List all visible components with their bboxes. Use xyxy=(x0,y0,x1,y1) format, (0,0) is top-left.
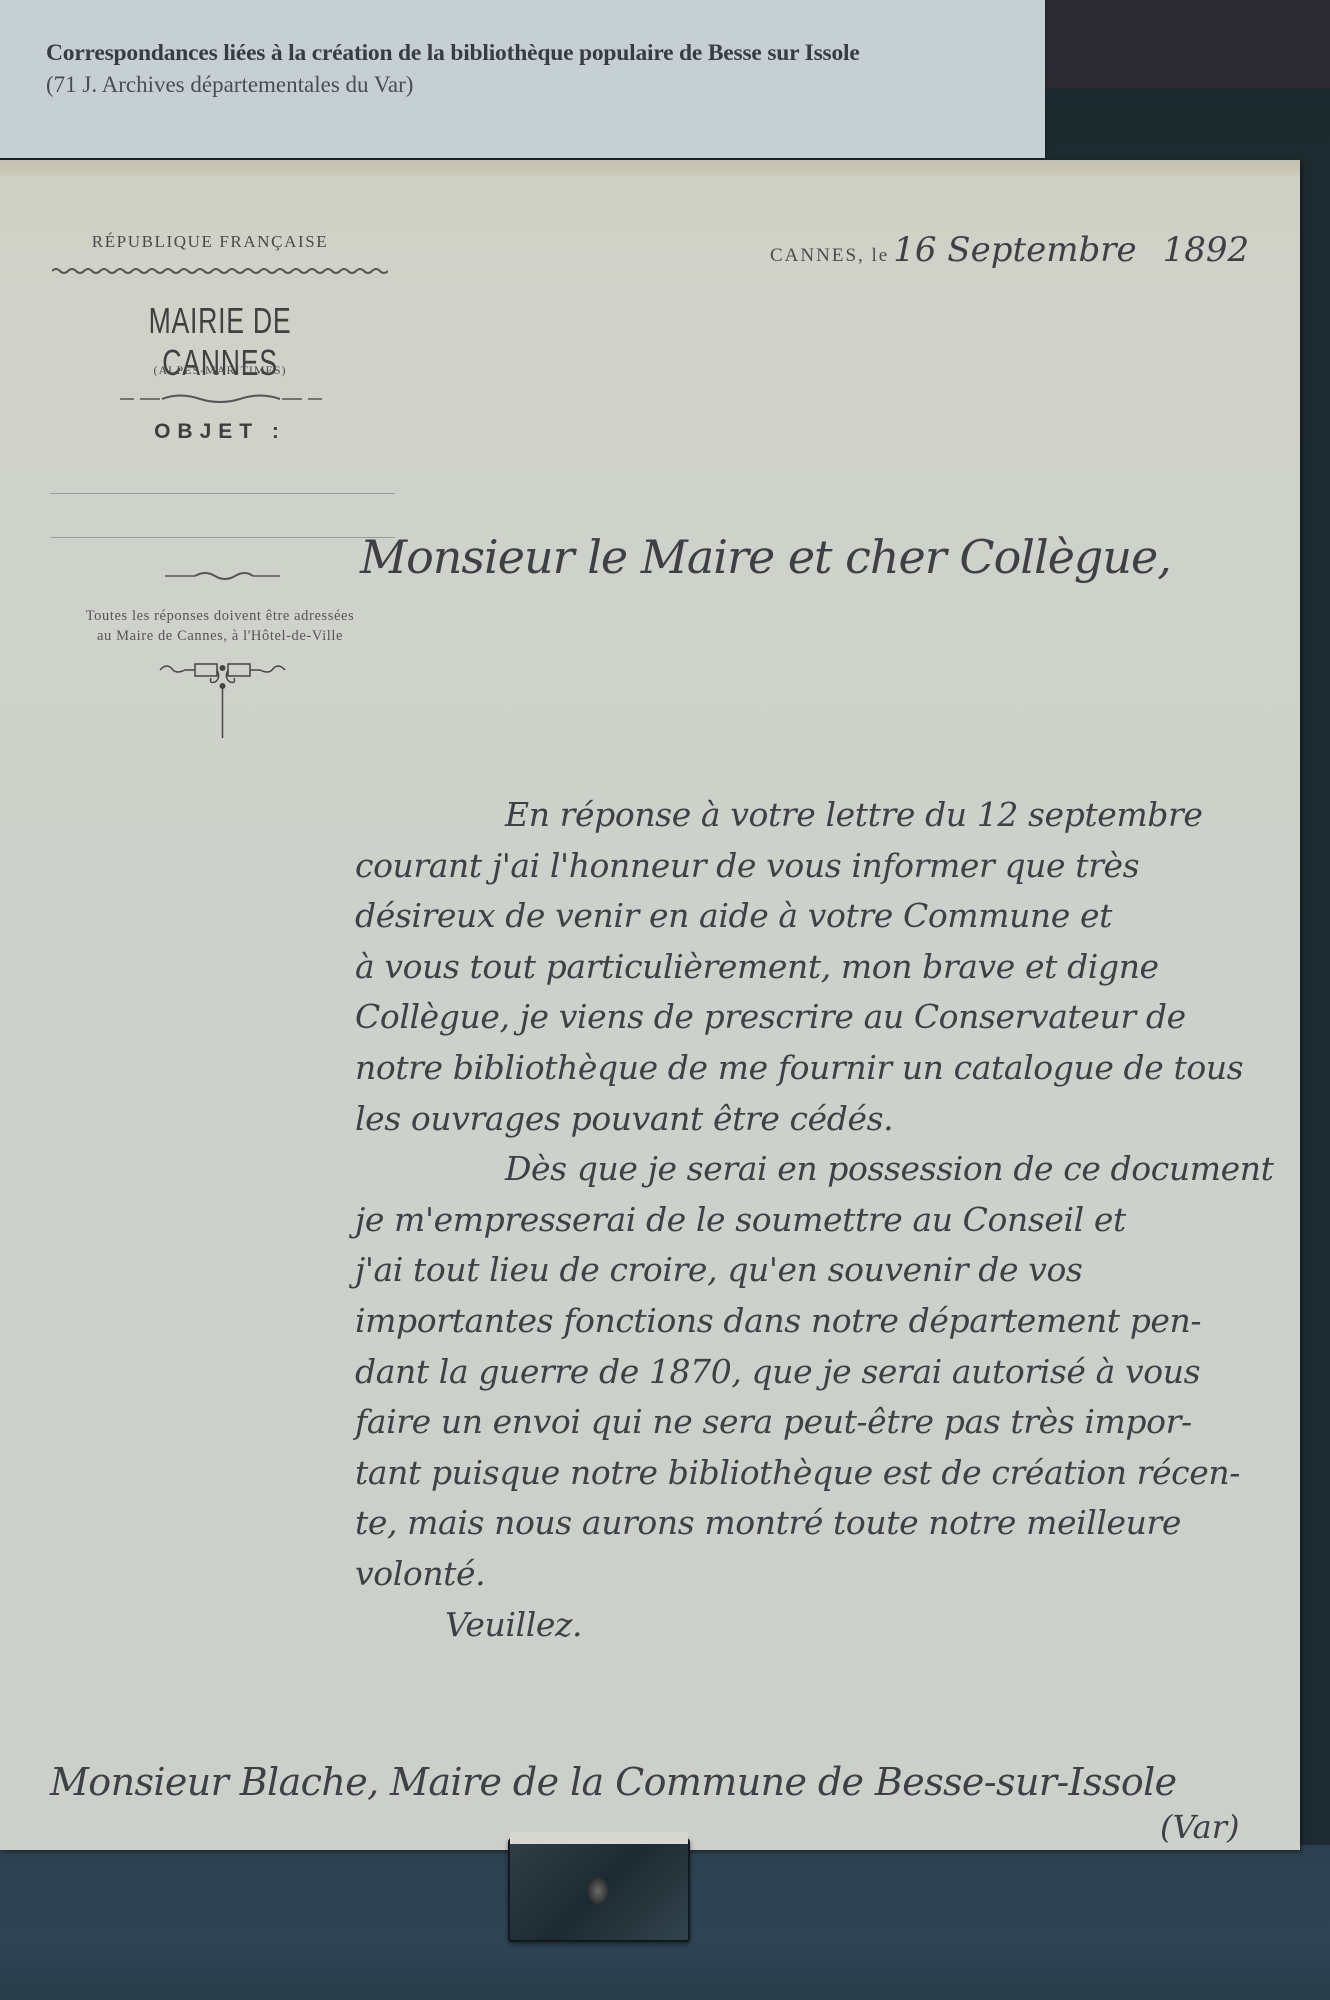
letter-body: En réponse à votre lettre du 12 septembr… xyxy=(355,790,1290,1650)
letter-line: courant j'ai l'honneur de vous informer … xyxy=(355,841,1290,892)
letter-line: à vous tout particulièrement, mon brave … xyxy=(355,942,1290,993)
letter-line: j'ai tout lieu de croire, qu'en souvenir… xyxy=(355,1245,1290,1296)
addressee-line: Monsieur Blache, Maire de la Commune de … xyxy=(50,1760,1177,1804)
small-divider-ornament-icon xyxy=(165,570,280,582)
letter-line: Dès que je serai en possession de ce doc… xyxy=(355,1144,1290,1195)
letter-salutation: Monsieur le Maire et cher Collègue, xyxy=(360,530,1171,584)
letter-line: importantes fonctions dans notre départe… xyxy=(355,1296,1290,1347)
objet-rule-1 xyxy=(50,493,395,494)
letter-line: volonté. xyxy=(355,1549,1290,1600)
dateline-year: 1892 xyxy=(1163,230,1250,270)
dateline-printed: CANNES, le xyxy=(770,245,889,266)
exhibit-label-card: Correspondances liées à la création de l… xyxy=(0,0,1045,158)
clip-rivet-icon xyxy=(588,1878,608,1904)
letterhead-department: (ALPES-MARITIMES) xyxy=(40,363,400,378)
letter-line: Collègue, je viens de prescrire au Conse… xyxy=(355,992,1290,1043)
scroll-divider-ornament-icon xyxy=(120,392,322,406)
exhibit-label-subtitle: (71 J. Archives départementales du Var) xyxy=(46,72,413,98)
clip-tab xyxy=(510,1832,688,1844)
dateline: CANNES, le 16 Septembre 1892 xyxy=(770,230,1249,270)
letter-line: je m'empresserai de le soumettre au Cons… xyxy=(355,1195,1290,1246)
letter-closing: Veuillez. xyxy=(355,1600,1290,1651)
letter-line: dant la guerre de 1870, que je serai aut… xyxy=(355,1347,1290,1398)
exhibit-label-title: Correspondances liées à la création de l… xyxy=(46,40,860,67)
letterhead-note-line-2: au Maire de Cannes, à l'Hôtel-de-Ville xyxy=(40,626,400,646)
letter-line: tant puisque notre bibliothèque est de c… xyxy=(355,1448,1290,1499)
letterhead-republic: RÉPUBLIQUE FRANÇAISE xyxy=(40,232,380,252)
letter-line: faire un envoi qui ne sera peut-être pas… xyxy=(355,1397,1290,1448)
letterhead-note-line-1: Toutes les réponses doivent être adressé… xyxy=(40,606,400,626)
fleuron-ornament-icon xyxy=(155,660,290,740)
dateline-date: 16 Septembre xyxy=(893,230,1136,270)
letter-line: les ouvrages pouvant être cédés. xyxy=(355,1094,1290,1145)
letter-line: te, mais nous aurons montré toute notre … xyxy=(355,1498,1290,1549)
letterhead-objet-label: OBJET : xyxy=(40,420,400,444)
mount-clip xyxy=(508,1838,690,1942)
wavy-rule-ornament-icon xyxy=(52,266,388,276)
addressee-department: (Var) xyxy=(1160,1808,1240,1846)
letter-line: désireux de venir en aide à votre Commun… xyxy=(355,891,1290,942)
letter-line: notre bibliothèque de me fournir un cata… xyxy=(355,1043,1290,1094)
letterhead-note: Toutes les réponses doivent être adressé… xyxy=(40,606,400,646)
objet-rule-2 xyxy=(50,537,395,538)
letter-line: En réponse à votre lettre du 12 septembr… xyxy=(355,790,1290,841)
